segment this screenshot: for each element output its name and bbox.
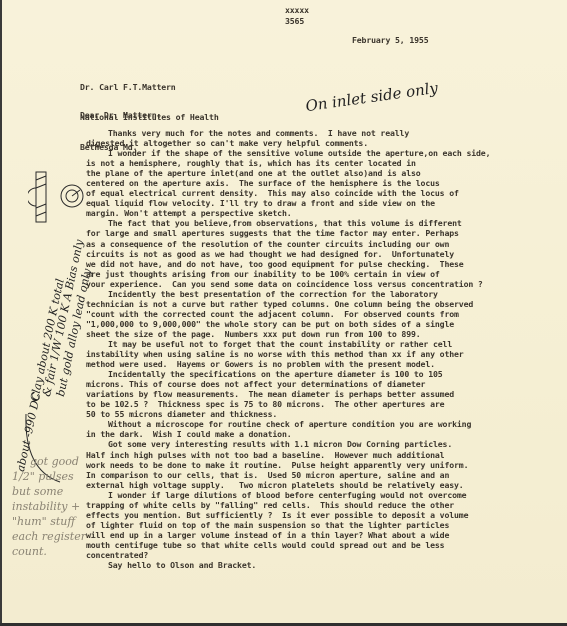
letter-line: Half inch high pulses with not too bad a… (86, 450, 564, 460)
letter-line: The fact that you believe,from observati… (86, 218, 564, 228)
letter-line: In comparison to our cells, that is. Use… (86, 470, 564, 480)
letter-line: of lighter fluid on top of the main susp… (86, 520, 564, 530)
margin-pencil-line: got good (30, 455, 79, 468)
letter-line: your experience. Can you send some data … (86, 279, 564, 289)
letter-line: are just thoughts arising from our inabi… (86, 269, 564, 279)
letter-line: Without a microscope for routine check o… (86, 419, 564, 429)
letter-line: "count with the corrected count the adja… (86, 309, 564, 319)
letter-line: is not a hemisphere, roughly that is, wh… (86, 158, 564, 168)
letter-line: external high voltage supply. Two micron… (86, 480, 564, 490)
letter-line: 50 to 55 microns diameter and thickness. (86, 409, 564, 419)
file-number: 3565 (285, 16, 304, 26)
letter-line: Got some very interesting results with 1… (86, 439, 564, 449)
letter-line: margin. Won't attempt a perspective sket… (86, 208, 564, 218)
margin-pencil-line: count. (12, 545, 47, 558)
margin-pencil-line: but some (12, 485, 63, 498)
letter-line: Say hello to Olson and Bracket. (86, 560, 564, 570)
letter-date: February 5, 1955 (352, 35, 428, 45)
letter-line: Incidently the best presentation of the … (86, 289, 564, 299)
letter-line: work needs to be done to make it routine… (86, 460, 564, 470)
letter-line: trapping of white cells by "falling" red… (86, 500, 564, 510)
letter-line: "1,000,000 to 9,000,000" the whole story… (86, 319, 564, 329)
letter-line: technician is not a curve but rather typ… (86, 299, 564, 309)
letter-line: of equal electrical current density. Thi… (86, 188, 564, 198)
letter-line: effects you mention. But sufficiently ? … (86, 510, 564, 520)
recipient-name: Dr. Carl F.T.Mattern (80, 82, 219, 92)
letter-line: Thanks very much for the notes and comme… (86, 128, 564, 138)
letter-line: centered on the aperture axis. The surfa… (86, 178, 564, 188)
margin-pencil-line: "hum" stuff (12, 515, 75, 528)
letter-line: as a consequence of the resolution of th… (86, 239, 564, 249)
letter-line: we did not have, and do not have, too go… (86, 259, 564, 269)
letter-line: the plane of the aperture inlet(and one … (86, 168, 564, 178)
letter-line: Incidentally the specifications on the a… (86, 369, 564, 379)
letter-line: circuits is not as good as we had though… (86, 249, 564, 259)
letter-line: concentrated? (86, 550, 564, 560)
letter-line: variations by flow measurements. The mea… (86, 389, 564, 399)
letter-line: in the dark. Wish I could make a donatio… (86, 429, 564, 439)
letter-body: Thanks very much for the notes and comme… (86, 128, 564, 570)
salutation: Dear Dr. Mattern: (80, 110, 161, 120)
letter-line: will end up in a larger volume instead o… (86, 530, 564, 540)
scan-edge-left (0, 0, 2, 626)
margin-pencil-line: 1/2" pulses (12, 470, 74, 483)
letter-page: xxxxx 3565 February 5, 1955 Dr. Carl F.T… (0, 0, 567, 626)
letter-line: I wonder if the shape of the sensitive v… (86, 148, 564, 158)
handwritten-note-top: On inlet side only (304, 79, 439, 115)
margin-pencil-line: instability + (12, 500, 80, 513)
margin-pencil-line: each register (12, 530, 86, 543)
letter-line: I wonder if large dilutions of blood bef… (86, 490, 564, 500)
letter-line: microns. This of course does not affect … (86, 379, 564, 389)
letter-line: to be 102.5 ? Thickness spec is 75 to 80… (86, 399, 564, 409)
letter-line: for large and small apertures suggests t… (86, 228, 564, 238)
letter-line: instability when using saline is no wors… (86, 349, 564, 359)
letter-line: mouth centifuge tube so that white cells… (86, 540, 564, 550)
struck-code: xxxxx (285, 5, 309, 15)
letter-line: method were used. Hayems or Gowers is no… (86, 359, 564, 369)
letter-line: sheet the size of the page. Numbers xxx … (86, 329, 564, 339)
letter-line: digested it altogether so can't make ver… (86, 138, 564, 148)
letter-line: equal liquid flow velocity. I'll try to … (86, 198, 564, 208)
letter-line: It may be useful not to forget that the … (86, 339, 564, 349)
aperture-sketch-icon (28, 168, 88, 228)
